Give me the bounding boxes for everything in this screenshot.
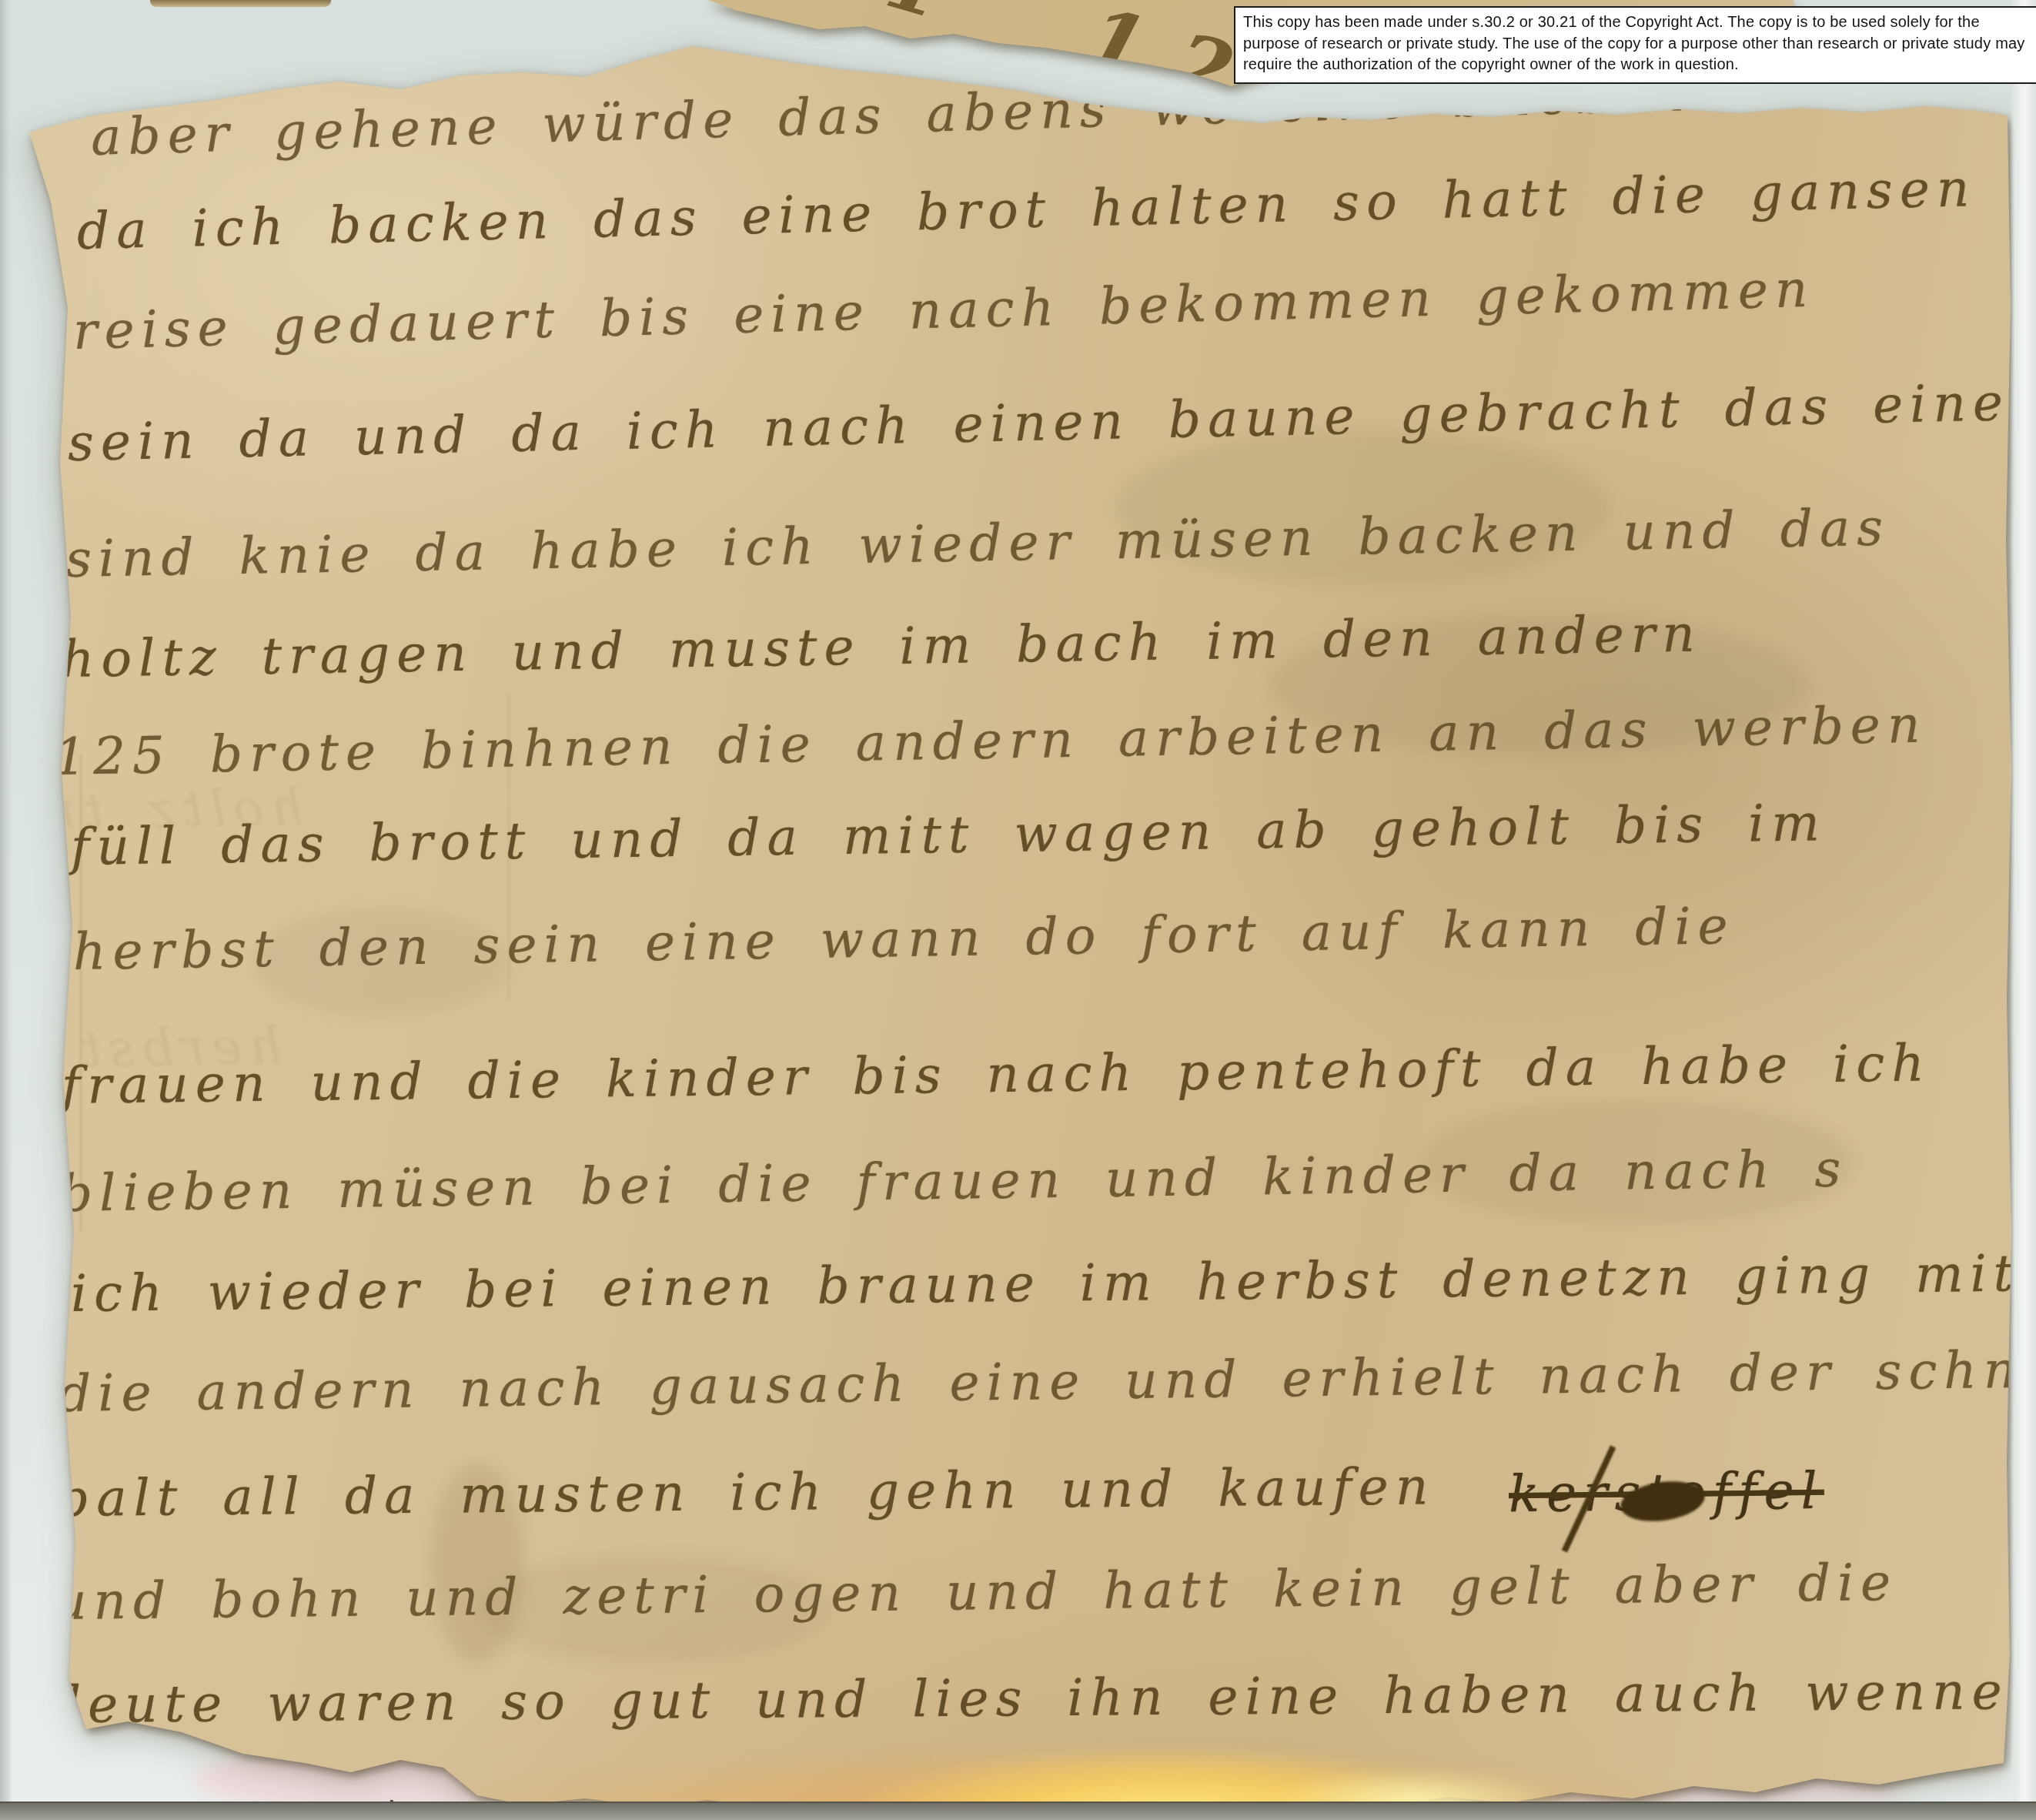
handwriting-line: sein da und da ich nach einen baune gebr… [67, 372, 2036, 473]
handwriting-line: balt all da musten ich gehn und kaufen [57, 1457, 1436, 1528]
scanner-edge-right [2010, 0, 2036, 1820]
scanner-edge-bottom [0, 1802, 2036, 1820]
handwriting-line: sind knie da habe ich wieder müsen backe… [65, 498, 1890, 589]
handwriting-line: herbst den sein eine wann do fort auf ka… [72, 896, 1735, 982]
handwriting-line: die andern nach gausach eine und erhielt… [59, 1340, 2024, 1424]
handwriting-line: füll das brott und da mitt wagen ab geho… [70, 793, 1827, 877]
letter-sheet: da ich backen das eine brot halten so ha… [0, 0, 2036, 1820]
copyright-notice-text: This copy has been made under s.30.2 or … [1243, 12, 2030, 76]
handwriting-line: ich wieder bei einen braune im herbst de… [71, 1243, 2021, 1323]
bleed-through-text: da ich backen das eine brot halten so ha… [0, 362, 45, 454]
handwriting-line: und bohn und zetri ogen und hatt kein ge… [54, 1553, 1898, 1631]
handwriting-line: reise gedauert bis eine nach bekommen ge… [72, 259, 1815, 361]
handwriting-line: 125 brote binhnen die andern arbeiten an… [53, 695, 1927, 787]
letter-sheet-shadow: da ich backen das eine brot halten so ha… [0, 0, 2036, 1820]
copyright-notice: This copy has been made under s.30.2 or … [1234, 6, 2036, 84]
handwriting-line: da ich backen das eine brot halten so ha… [76, 159, 1977, 261]
